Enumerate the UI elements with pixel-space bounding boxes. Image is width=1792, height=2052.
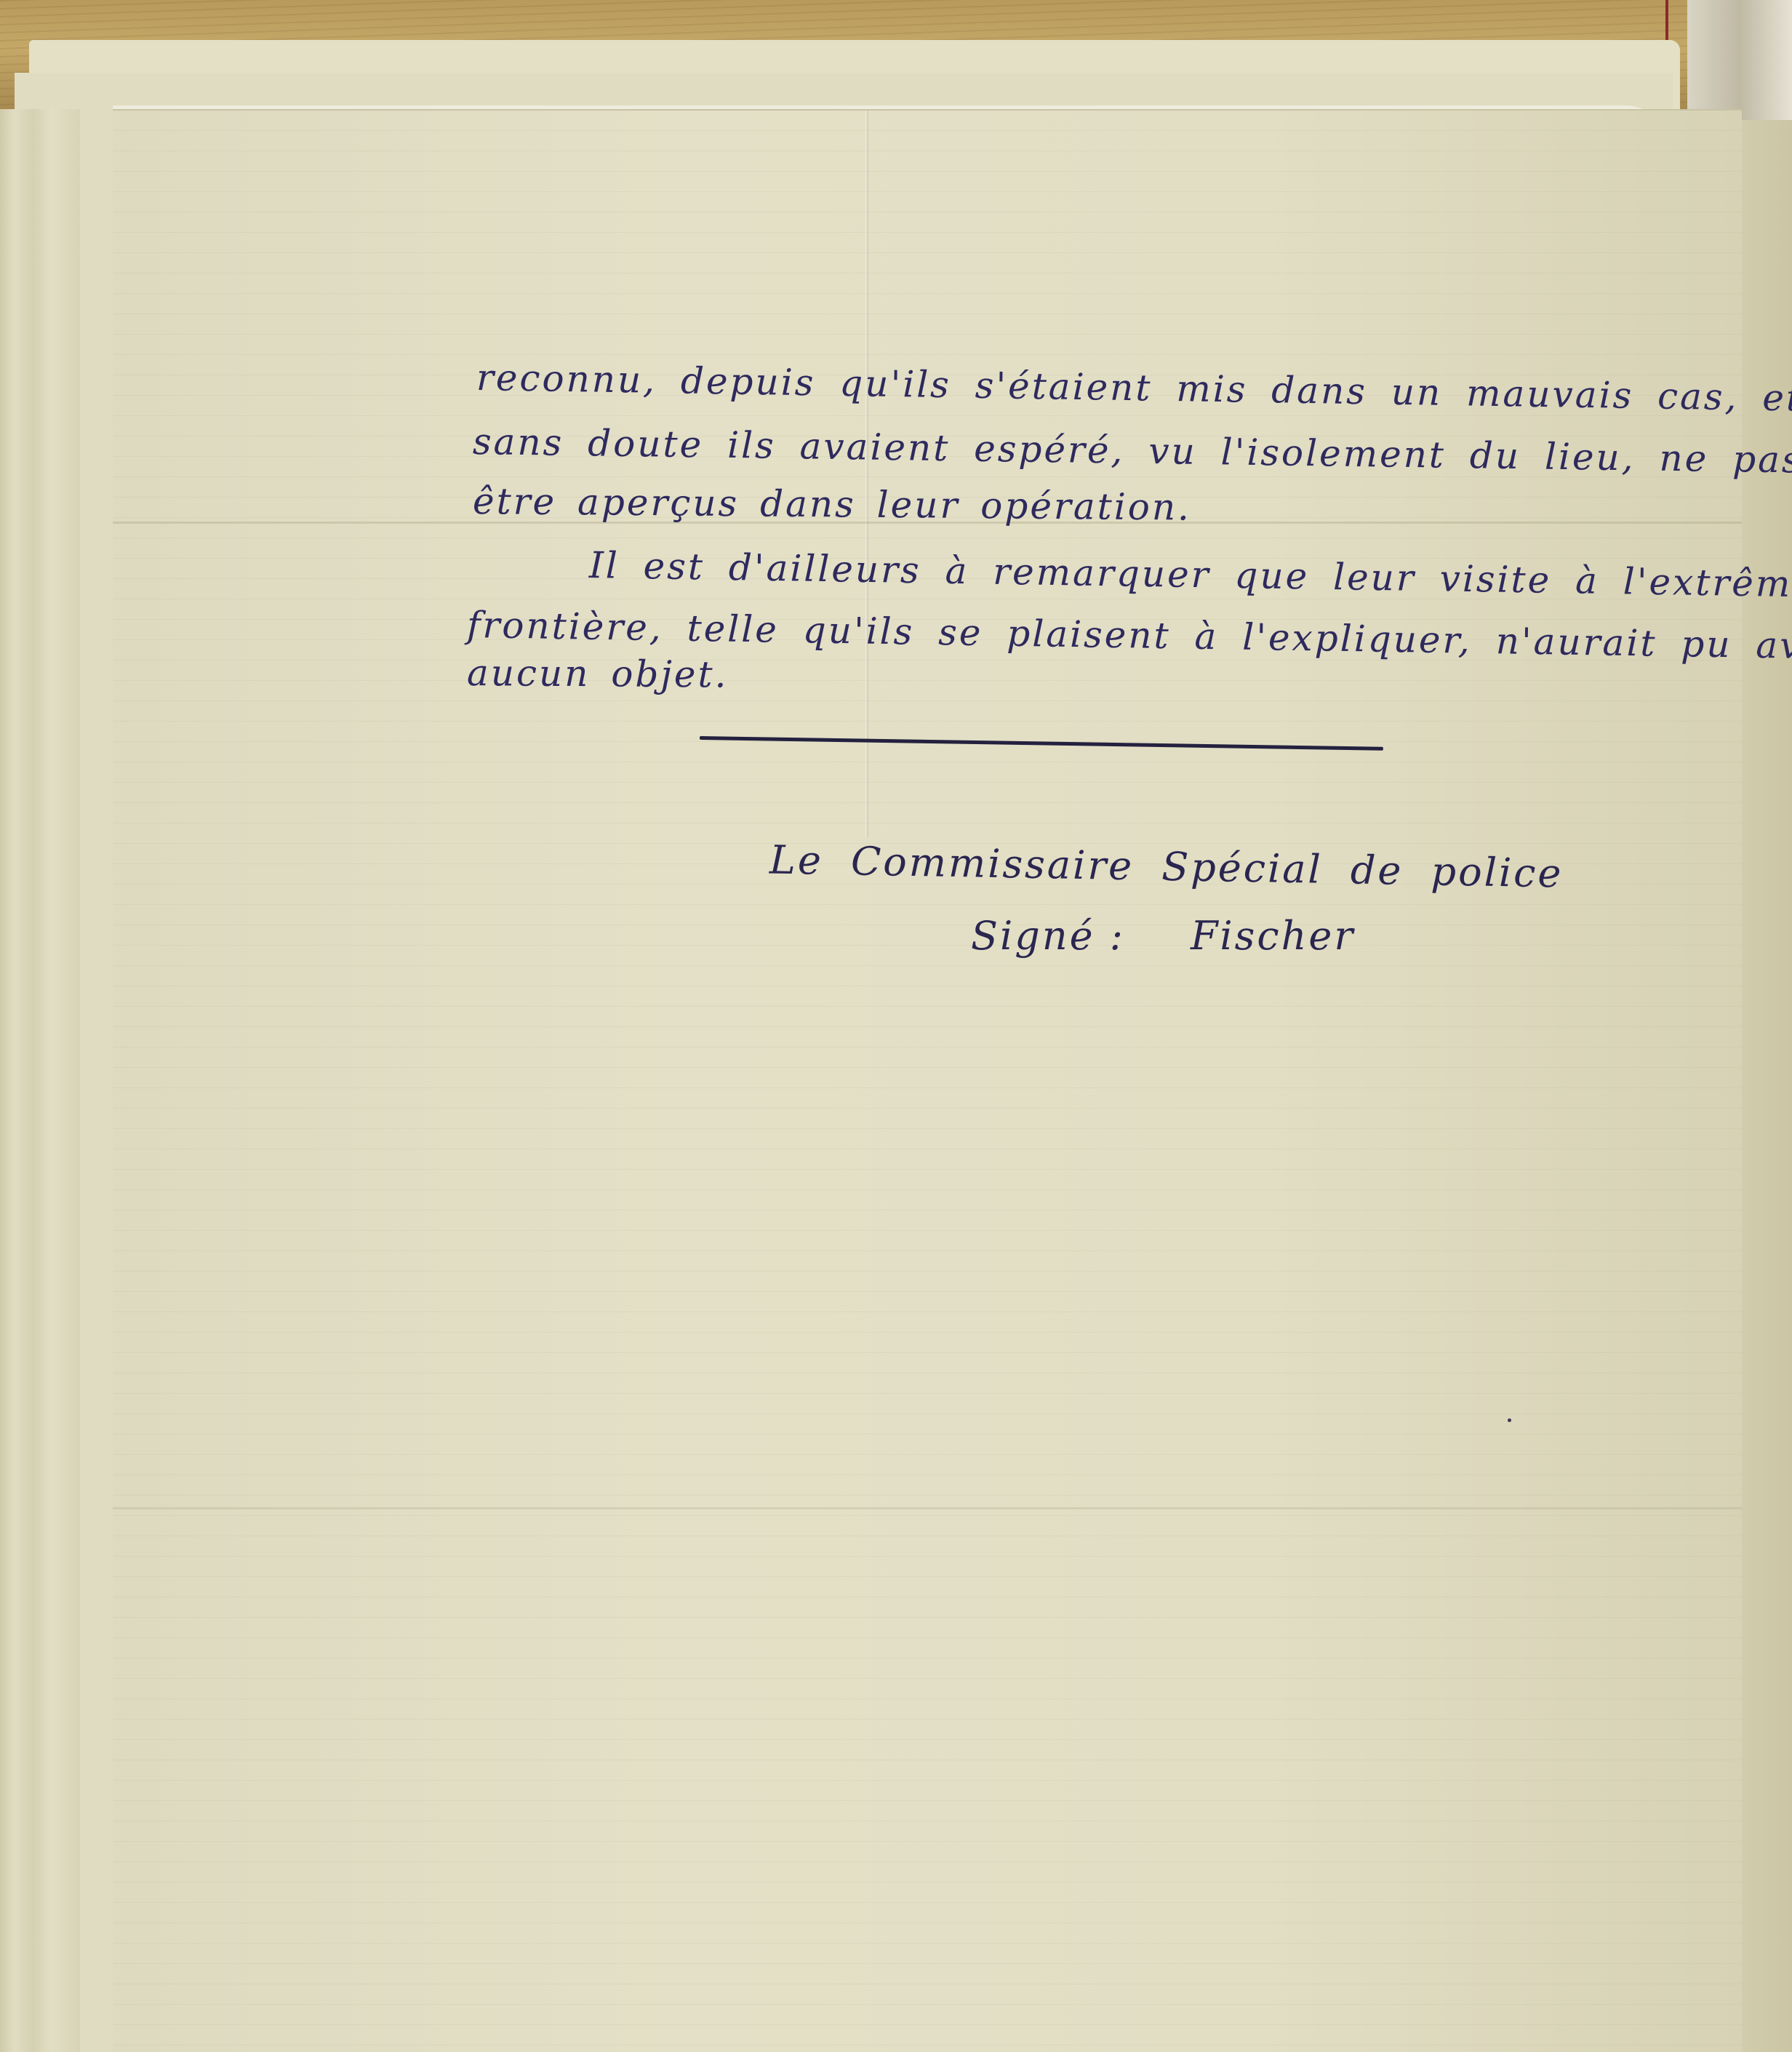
signer-name: Fischer xyxy=(1191,913,1355,959)
handwritten-line: être aperçus dans leur opération. xyxy=(473,480,1191,529)
handwritten-line: aucun objet. xyxy=(467,652,729,696)
left-sheet-edges xyxy=(0,109,80,2052)
vertical-fold-line xyxy=(865,111,868,838)
lower-fold-line xyxy=(113,1507,1742,1509)
signature-line: Signé :Fischer xyxy=(971,913,1355,959)
ink-speck xyxy=(1508,1418,1511,1422)
signed-label: Signé : xyxy=(971,913,1125,959)
background-clutter xyxy=(1687,0,1792,120)
